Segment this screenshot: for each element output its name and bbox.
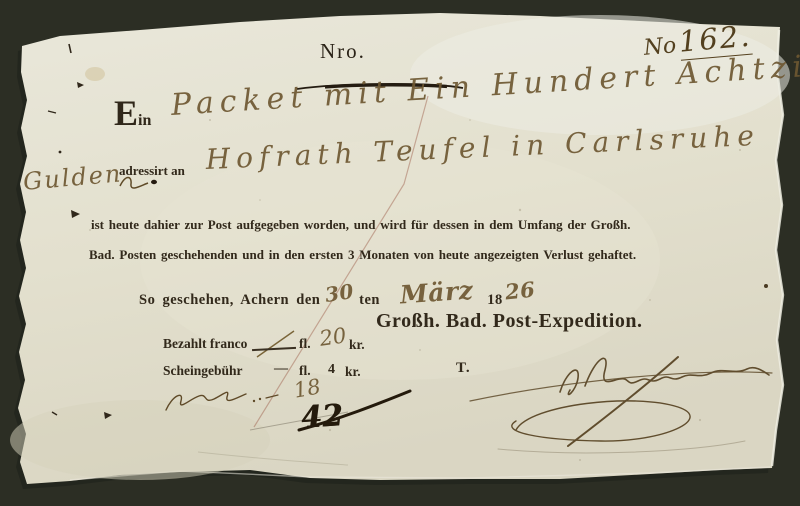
- annotation-crossed-out-value: 42: [300, 398, 344, 436]
- fee-row-1-unit: kr.: [349, 337, 365, 353]
- stain: [85, 67, 105, 81]
- issuer-name: Großh. Bad. Post-Expedition.: [376, 310, 642, 333]
- paper-dark-patch: [10, 400, 270, 480]
- address-label: adressirt an: [119, 163, 185, 179]
- consignment-prefix: Ein: [114, 92, 151, 134]
- fee-row-1-label: Bezahlt franco: [163, 336, 247, 352]
- dateline: So geschehen, Achern den30tenMärz1826: [139, 281, 535, 310]
- dateline-month-handwritten: März: [399, 275, 474, 309]
- scanned-postal-receipt: Nro. No162. Ein Packet mit Ein Hundert A…: [0, 0, 800, 506]
- dateline-day-handwritten: 30: [324, 279, 356, 307]
- t-label: T.: [456, 360, 471, 377]
- nro-label: Nro.: [320, 39, 366, 64]
- fee-row-2-label: Scheingebühr: [163, 363, 243, 379]
- ink-blot: [151, 180, 157, 184]
- declaration-line-1: ist heute dahier zur Post aufgegeben wor…: [91, 217, 631, 233]
- dateline-year-handwritten: 26: [504, 276, 537, 304]
- annotation-scrawl-value: 18: [292, 374, 322, 402]
- fee-row-1-currency: fl.: [299, 336, 311, 352]
- dateline-century: 18: [487, 292, 503, 308]
- fee-row-2-amount: 4: [328, 362, 335, 378]
- declaration-line-2: Bad. Posten geschehenden und in den erst…: [89, 247, 636, 263]
- dateline-prefix: So geschehen, Achern den: [139, 292, 320, 308]
- fee-row-1-amount-handwritten: 20: [318, 323, 348, 350]
- dateline-ten: ten: [359, 292, 380, 308]
- fee-row-2-dash: —: [274, 361, 288, 377]
- fee-row-2-unit: kr.: [345, 364, 361, 380]
